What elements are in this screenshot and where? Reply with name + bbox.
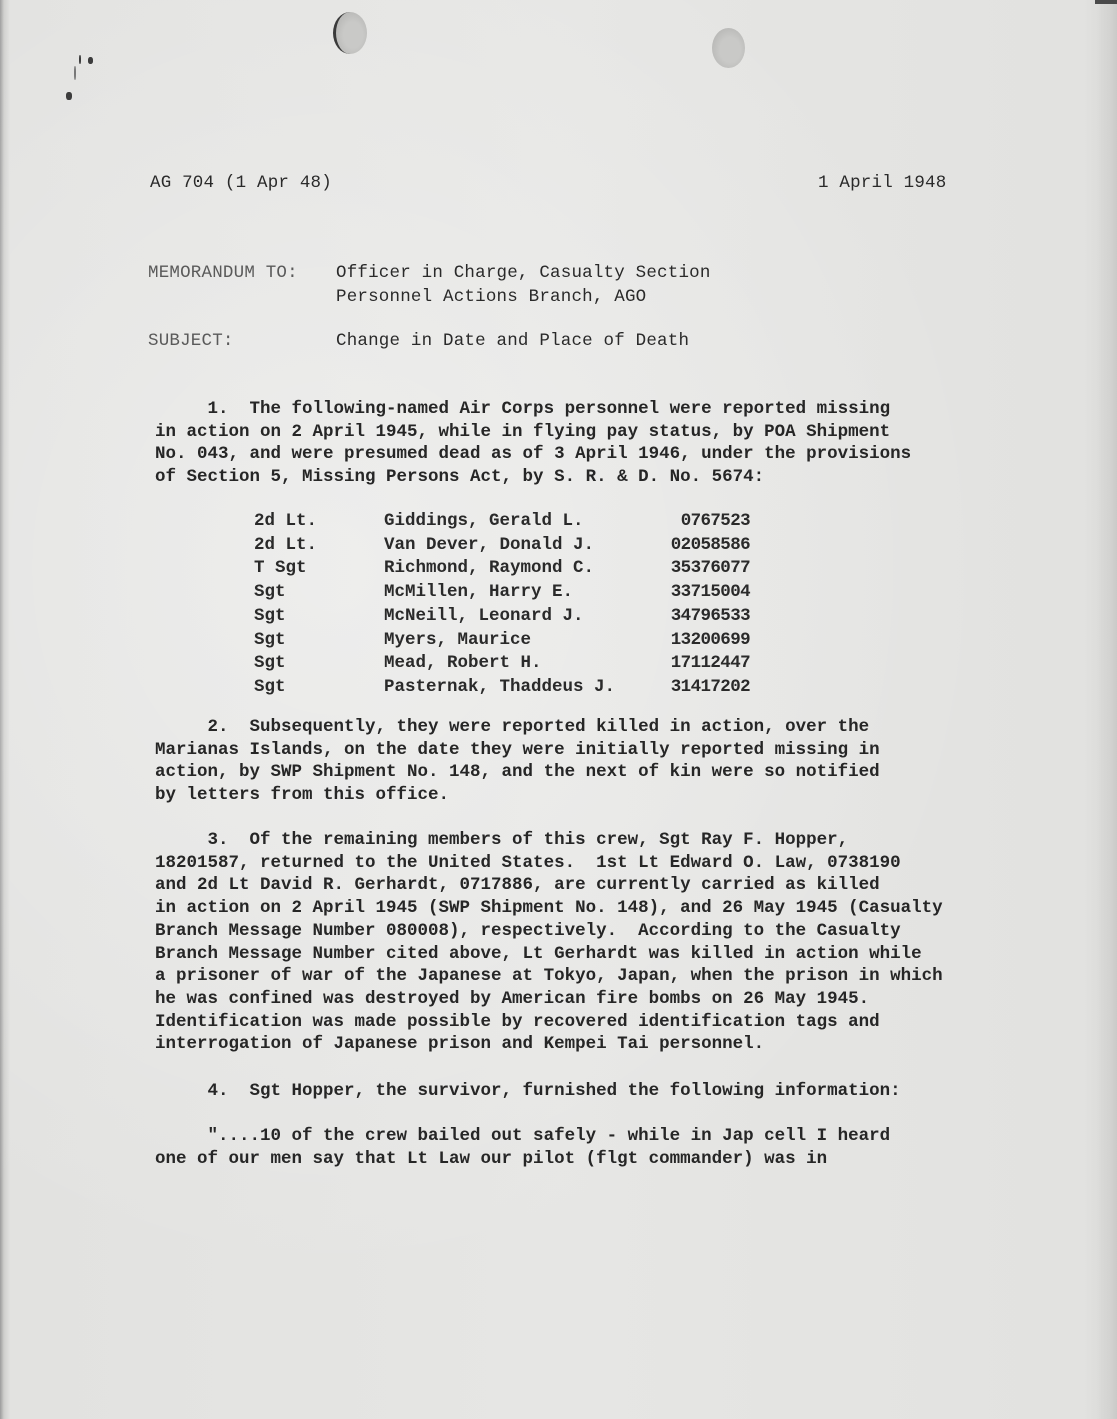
table-row: 2d Lt.Van Dever, Donald J.02058586 [254,534,750,558]
table-row: SgtMcNeill, Leonard J.34796533 [254,605,750,629]
personnel-serial: 02058586 [654,534,750,558]
paragraph-line: Identification was made possible by reco… [155,1011,1015,1034]
paragraph-4: 4. Sgt Hopper, the survivor, furnished t… [155,1080,1015,1103]
personnel-rank: T Sgt [254,557,384,581]
paragraph-line: 3. Of the remaining members of this crew… [155,829,1015,852]
personnel-serial: 13200699 [654,629,750,653]
table-row: T SgtRichmond, Raymond C.35376077 [254,557,750,581]
ink-mark [88,57,93,64]
personnel-serial: 31417202 [654,676,750,700]
paragraph-3: 3. Of the remaining members of this crew… [155,829,1015,1056]
paragraph-line: Branch Message Number 080008), respectiv… [155,920,1015,943]
document-page: AG 704 (1 Apr 48) 1 April 1948 MEMORANDU… [0,0,1117,1419]
paragraph-line: 4. Sgt Hopper, the survivor, furnished t… [155,1080,1015,1103]
personnel-name: McNeill, Leonard J. [384,605,654,629]
paragraph-line: in action on 2 April 1945, while in flyi… [155,421,1015,444]
personnel-rank: Sgt [254,652,384,676]
paragraph-line: 18201587, returned to the United States.… [155,852,1015,875]
paragraph-line: of Section 5, Missing Persons Act, by S.… [155,466,1015,489]
ink-mark [79,55,81,64]
memo-to-label: MEMORANDUM TO: [148,262,298,285]
paragraph-line: interrogation of Japanese prison and Kem… [155,1033,1015,1056]
personnel-serial: 33715004 [654,581,750,605]
personnel-serial: 34796533 [654,605,750,629]
personnel-name: Richmond, Raymond C. [384,557,654,581]
personnel-rank: Sgt [254,629,384,653]
personnel-rank: Sgt [254,605,384,629]
paragraph-line: No. 043, and were presumed dead as of 3 … [155,443,1015,466]
personnel-rank: 2d Lt. [254,510,384,534]
personnel-name: Giddings, Gerald L. [384,510,654,534]
ink-mark [74,66,76,80]
punch-hole-icon [712,28,745,68]
ink-mark [66,92,72,100]
personnel-serial: 35376077 [654,557,750,581]
paragraph-2: 2. Subsequently, they were reported kill… [155,716,1015,807]
paragraph-line: in action on 2 April 1945 (SWP Shipment … [155,897,1015,920]
page-edge-shadow [1097,0,1117,1419]
paragraph-line: a prisoner of war of the Japanese at Tok… [155,965,1015,988]
paragraph-line: Branch Message Number cited above, Lt Ge… [155,943,1015,966]
quote-line: one of our men say that Lt Law our pilot… [155,1148,1015,1171]
personnel-name: Myers, Maurice [384,629,654,653]
paragraph-line: 1. The following-named Air Corps personn… [155,398,1015,421]
personnel-rank: Sgt [254,581,384,605]
personnel-serial: 0767523 [654,510,750,534]
table-row: SgtMcMillen, Harry E.33715004 [254,581,750,605]
paragraph-line: Marianas Islands, on the date they were … [155,739,1015,762]
paragraph-line: action, by SWP Shipment No. 148, and the… [155,761,1015,784]
table-row: SgtPasternak, Thaddeus J.31417202 [254,676,750,700]
quote-line: "....10 of the crew bailed out safely - … [155,1125,1015,1148]
subject-text: Change in Date and Place of Death [336,330,689,353]
paragraph-line: he was confined was destroyed by America… [155,988,1015,1011]
memo-recipient-line: Officer in Charge, Casualty Section [336,262,711,285]
personnel-rank: 2d Lt. [254,534,384,558]
paragraph-1: 1. The following-named Air Corps personn… [155,398,1015,489]
paragraph-line: and 2d Lt David R. Gerhardt, 0717886, ar… [155,874,1015,897]
table-row: SgtMead, Robert H.17112447 [254,652,750,676]
document-date: 1 April 1948 [818,172,946,195]
survivor-quote: "....10 of the crew bailed out safely - … [155,1125,1015,1170]
table-row: SgtMyers, Maurice13200699 [254,629,750,653]
punch-hole-icon [333,12,367,54]
corner-mark [1095,0,1117,4]
personnel-rank: Sgt [254,676,384,700]
personnel-name: Van Dever, Donald J. [384,534,654,558]
subject-label: SUBJECT: [148,330,234,353]
personnel-serial: 17112447 [654,652,750,676]
personnel-name: Pasternak, Thaddeus J. [384,676,654,700]
file-reference: AG 704 (1 Apr 48) [150,172,332,195]
paragraph-line: 2. Subsequently, they were reported kill… [155,716,1015,739]
personnel-name: McMillen, Harry E. [384,581,654,605]
paragraph-line: by letters from this office. [155,784,1015,807]
memo-recipient-line: Personnel Actions Branch, AGO [336,286,646,309]
table-row: 2d Lt.Giddings, Gerald L.0767523 [254,510,750,534]
personnel-table: 2d Lt.Giddings, Gerald L.07675232d Lt.Va… [254,510,750,700]
personnel-name: Mead, Robert H. [384,652,654,676]
